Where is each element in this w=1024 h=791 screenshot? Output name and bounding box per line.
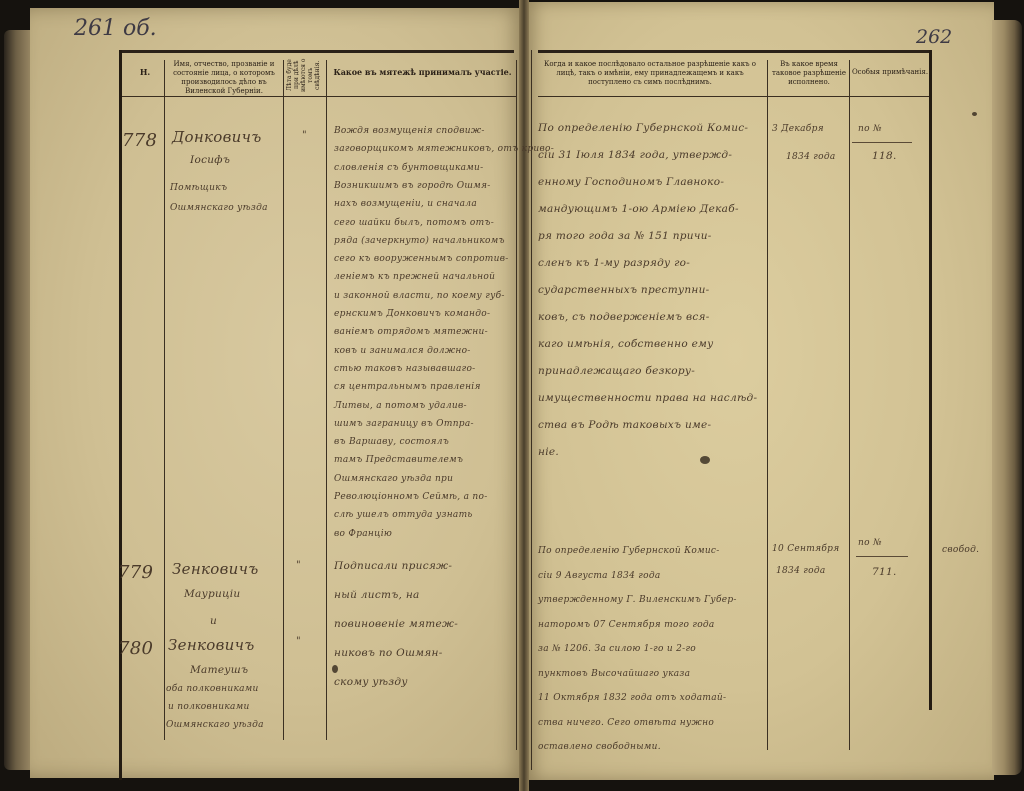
handwritten-line: сего шайки былъ, потомъ отъ- [334, 218, 494, 228]
handwritten-line: заговорщикомъ мятежниковъ, отъ криво- [334, 144, 554, 154]
handwritten-line: шимъ заграницу въ Отпра- [334, 419, 474, 429]
handwritten-line: наторомъ 07 Сентября того года [538, 620, 715, 630]
left-table-border [119, 50, 122, 780]
handwritten-line: каго имѣнія, собственно ему [538, 338, 714, 350]
handwritten-line: ря того года за № 151 причи- [538, 230, 712, 242]
right-page-edges [992, 20, 1022, 775]
handwritten-line: сіи 9 Августа 1834 года [538, 571, 661, 581]
ditto-mark: " [302, 130, 307, 141]
folio-number-left: 261 об. [74, 16, 157, 41]
handwritten-line: сіи 31 Іюля 1834 года, утвержд- [538, 149, 732, 161]
ditto-mark: " [296, 560, 301, 571]
handwritten-line: пунктовъ Высочайшаго указа [538, 669, 690, 679]
executed-date: 10 Сентября [772, 544, 839, 554]
handwritten-line: имущественности права на наслѣд- [538, 392, 757, 404]
handwritten-line: словленія съ бунтовщиками- [334, 163, 484, 173]
handwritten-line: сего къ вооруженнымъ сопротив- [334, 254, 509, 264]
ink-spot [332, 665, 338, 673]
ref-underline [852, 142, 912, 143]
entry-surname: Зенковичъ [172, 560, 259, 578]
entry-given-name: Матеушъ [190, 664, 248, 676]
entry-number: 780 [118, 638, 153, 659]
entry-number: 778 [122, 130, 157, 151]
executed-ref-number: 118. [872, 150, 897, 162]
folio-number-right: 262 [916, 26, 952, 48]
executed-ref-prefix: по № [858, 124, 882, 134]
executed-year: 1834 года [786, 152, 836, 162]
handwritten-line: леніемъ къ прежней начальной [334, 272, 495, 282]
header-notes: Особыя примѣчанія. [851, 68, 929, 77]
handwritten-line: повиновеніе мятеж- [334, 618, 458, 630]
ditto-mark: " [296, 636, 301, 647]
handwritten-line: ства въ Родѣ таковыхъ име- [538, 419, 711, 431]
book-gutter [519, 0, 529, 791]
handwritten-line: и законной власти, по коему губ- [334, 291, 505, 301]
handwritten-line: въ Варшаву, состоялъ [334, 437, 449, 447]
handwritten-line: нахъ возмущеніи, и сначала [334, 199, 477, 209]
header-age: Лѣта буде при дѣлѣ имѣются о томъ свѣдѣн… [286, 55, 324, 95]
entry-surname: Донковичъ [172, 128, 262, 146]
handwritten-line: скому уѣзду [334, 676, 408, 688]
handwritten-line: ніе. [538, 446, 559, 458]
table-top-rule-right [538, 50, 930, 53]
header-executed: Въ какое время таковое разрѣшеніе исполн… [769, 60, 849, 87]
handwritten-line: ства ничего. Сего отвѣта нужно [538, 718, 714, 728]
handwritten-line: По определенію Губернской Комис- [538, 546, 720, 556]
handwritten-line: ряда (зачеркнуто) начальникомъ [334, 236, 505, 246]
executed-ref-prefix: по № [858, 538, 882, 548]
handwritten-line: ся центральнымъ правленія [334, 382, 481, 392]
entry-status: Помѣщикъ Ошмянскаго уѣзда [170, 178, 280, 218]
handwritten-line: оставлено свободными. [538, 742, 661, 752]
handwritten-line: Революціонномъ Сеймѣ, а по- [334, 492, 488, 502]
book-spread: 261 об. 262 Н. Имя, отчество, прозваніе … [0, 0, 1024, 791]
col-divider-name-age [283, 60, 284, 740]
handwritten-line: принадлежащаго безкору- [538, 365, 695, 377]
header-resolution: Когда и какое послѣдовало остальное разр… [534, 60, 766, 87]
handwritten-line: сударственныхъ преступни- [538, 284, 710, 296]
entry-given-name: Мауриціи [184, 588, 240, 600]
entry-status-line: Ошмянскаго уѣзда [166, 720, 264, 730]
col-divider-participation-end [516, 60, 517, 750]
handwritten-line: во Францію [334, 529, 392, 539]
entry-status-line: и полковниками [168, 702, 250, 712]
handwritten-line: Литвы, а потомъ удалив- [334, 401, 467, 411]
handwritten-line: По определенію Губернской Комис- [538, 122, 748, 134]
handwritten-line: никовъ по Ошмян- [334, 647, 443, 659]
handwritten-line: Вождя возмущенія сподвиж- [334, 126, 485, 136]
entry-given-name: Іосифъ [190, 154, 230, 166]
header-participation: Какое въ мятежѣ принималъ участіе. [330, 68, 515, 77]
right-page [524, 2, 994, 780]
handwritten-line: слѣ ушелъ оттуда узнать [334, 510, 473, 520]
handwritten-line: енному Господиномъ Главноко- [538, 176, 724, 188]
handwritten-line: сленъ къ 1-му разряду го- [538, 257, 690, 269]
header-number: Н. [128, 68, 162, 77]
entry-status-line: оба полковниками [166, 684, 259, 694]
handwritten-line: ернскимъ Донковичъ командо- [334, 309, 490, 319]
entry-surname: Зенковичъ [168, 636, 255, 654]
header-bottom-rule-left [122, 96, 516, 97]
header-name: Имя, отчество, прозваніе и состояніе лиц… [166, 60, 282, 96]
handwritten-line: 11 Октября 1832 года отъ ходатай- [538, 693, 726, 703]
ink-spot [972, 112, 977, 116]
entry-conjunction: и [210, 615, 217, 627]
handwritten-line: ный листъ, на [334, 589, 420, 601]
handwritten-line: ковъ и занимался должно- [334, 346, 471, 356]
executed-date: 3 Декабря [772, 124, 824, 134]
col-divider-age-participation [326, 60, 327, 740]
notes-text: свобод. [942, 545, 979, 555]
right-table-border [929, 50, 932, 710]
handwritten-line: стью таковъ называвшаго- [334, 364, 476, 374]
col-divider-n-name [164, 60, 165, 740]
handwritten-line: ковъ, съ подверженіемъ вся- [538, 311, 710, 323]
handwritten-line: за № 1206. За силою 1-го и 2-го [538, 644, 696, 654]
ink-spot [700, 456, 710, 464]
executed-ref-number: 711. [872, 566, 897, 578]
entry-number: 779 [118, 562, 153, 583]
handwritten-line: утвержденному Г. Виленскимъ Губер- [538, 595, 737, 605]
executed-year: 1834 года [776, 566, 826, 576]
handwritten-line: ваніемъ отрядомъ мятежни- [334, 327, 488, 337]
handwritten-line: тамъ Представителемъ [334, 455, 463, 465]
table-top-rule-left [122, 50, 514, 53]
left-page [30, 8, 524, 778]
handwritten-line: Возникшимъ въ городѣ Ошмя- [334, 181, 491, 191]
handwritten-line: мандующимъ 1-ою Арміею Декаб- [538, 203, 739, 215]
col-divider-executed-notes [849, 60, 850, 750]
col-divider-resolution-executed [767, 60, 768, 750]
handwritten-line: Ошмянскаго уѣзда при [334, 474, 453, 484]
handwritten-line: Подписали присяж- [334, 560, 452, 572]
header-bottom-rule-right [538, 96, 930, 97]
col-divider-resolution-start [531, 50, 532, 770]
ref-underline [856, 556, 908, 557]
